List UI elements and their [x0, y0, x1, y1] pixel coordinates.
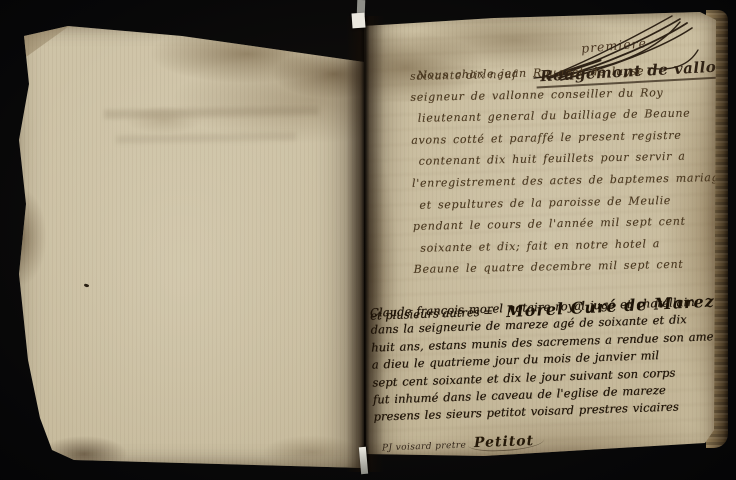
ink-bleed-smudge: [104, 106, 319, 119]
book-gutter: [346, 16, 384, 472]
top-bookmark-tab-white: [351, 13, 365, 29]
ink-speck: [84, 283, 90, 288]
right-page: premiere Nous charle jean Rougeot de luy…: [364, 12, 716, 458]
book-photo: premiere Nous charle jean Rougeot de luy…: [0, 0, 736, 480]
ink-bleed-smudge: [116, 132, 296, 143]
left-page: [12, 22, 364, 468]
entry-register-paraphe: Nous charle jean Rougeot de luyseseigneu…: [410, 59, 716, 89]
paraphe-lines: Nous charle jean Rougeot de luyseseigneu…: [410, 59, 735, 281]
folded-corner: [22, 24, 72, 60]
